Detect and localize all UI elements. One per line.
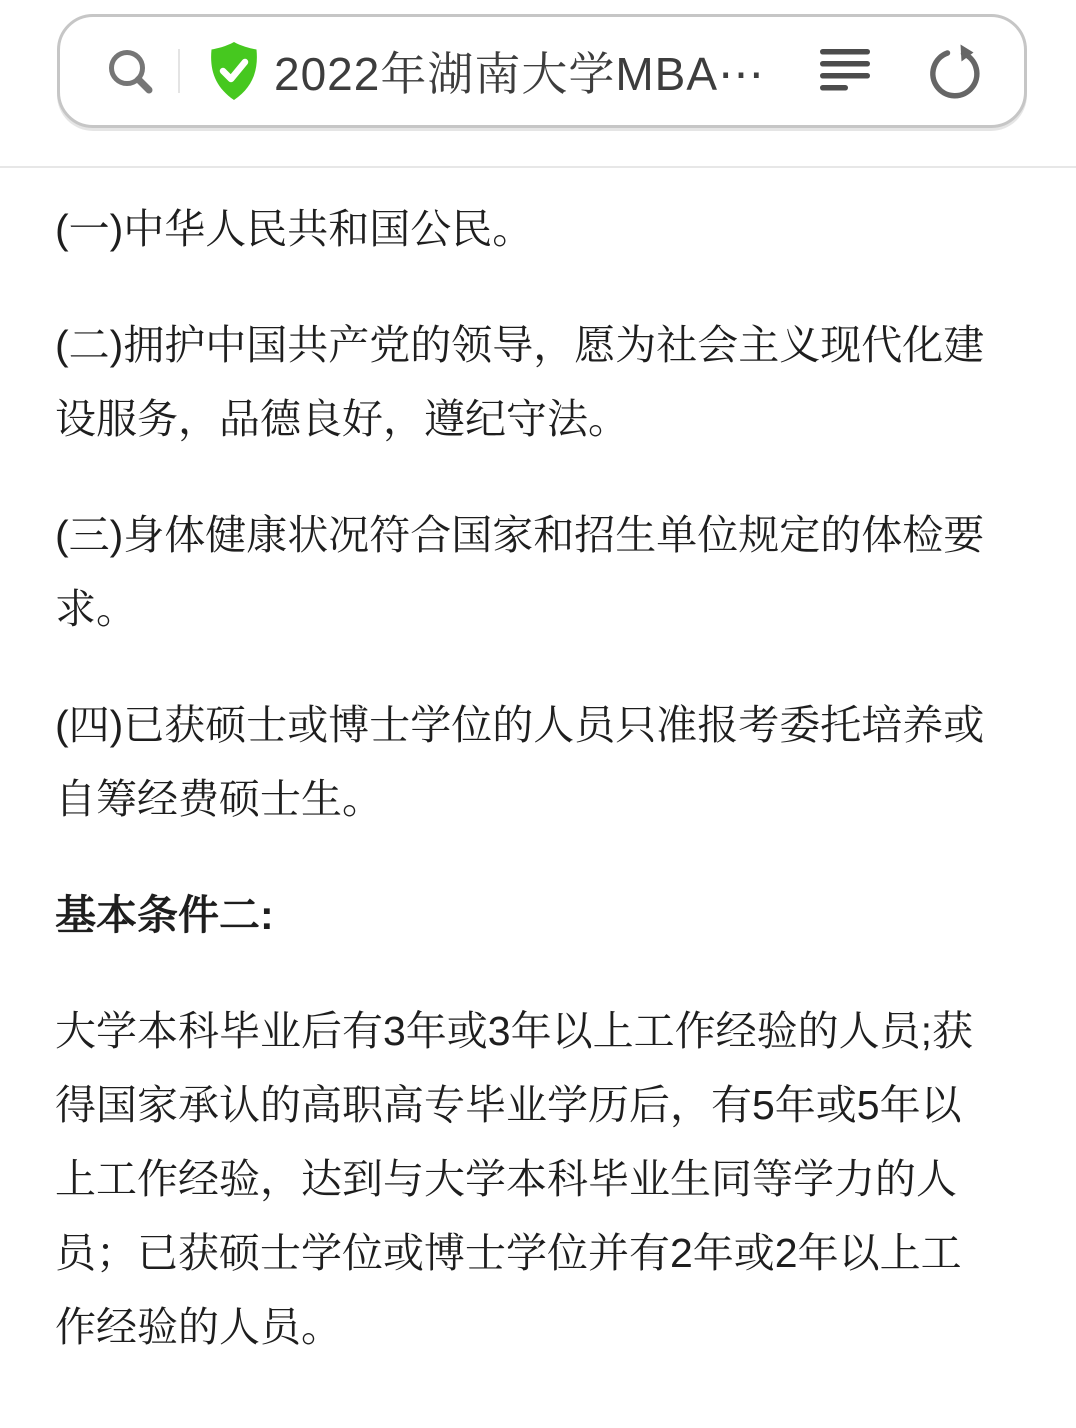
text-line: (三)身体健康状况符合国家和招生单位规定的体检要: [55, 498, 1032, 572]
paragraph-4: (四)已获硕士或博士学位的人员只准报考委托培养或 自筹经费硕士生。: [55, 688, 1032, 836]
text-line: (一)中华人民共和国公民。: [55, 192, 1032, 266]
text-line: 基本条件二:: [55, 878, 1032, 952]
reader-menu-icon[interactable]: [820, 48, 870, 94]
text-line: (二)拥护中国共产党的领导，愿为社会主义现代化建: [55, 308, 1032, 382]
paragraph-3: (三)身体健康状况符合国家和招生单位规定的体检要 求。: [55, 498, 1032, 646]
text-line: 员；已获硕士学位或博士学位并有2年或2年以上工: [55, 1216, 1032, 1290]
text-line: 上工作经验，达到与大学本科毕业生同等学力的人: [55, 1142, 1032, 1216]
browser-topbar: 2022年湖南大学MBA⋯: [0, 0, 1076, 168]
paragraph-1: (一)中华人民共和国公民。: [55, 192, 1032, 266]
refresh-icon[interactable]: [926, 42, 984, 100]
article-content: (一)中华人民共和国公民。 (二)拥护中国共产党的领导，愿为社会主义现代化建 设…: [0, 168, 1076, 1364]
text-line: 求。: [55, 572, 1032, 646]
text-line: 自筹经费硕士生。: [55, 762, 1032, 836]
text-line: 作经验的人员。: [55, 1290, 1032, 1364]
search-icon[interactable]: [104, 45, 156, 97]
paragraph-5: 大学本科毕业后有3年或3年以上工作经验的人员;获 得国家承认的高职高专毕业学历后…: [55, 994, 1032, 1364]
text-line: 设服务，品德良好，遵纪守法。: [55, 382, 1032, 456]
page-title[interactable]: 2022年湖南大学MBA⋯: [274, 38, 765, 104]
address-bar[interactable]: 2022年湖南大学MBA⋯: [57, 14, 1027, 128]
section-heading: 基本条件二:: [55, 878, 1032, 952]
paragraph-2: (二)拥护中国共产党的领导，愿为社会主义现代化建 设服务，品德良好，遵纪守法。: [55, 308, 1032, 456]
text-line: 得国家承认的高职高专毕业学历后，有5年或5年以: [55, 1068, 1032, 1142]
text-line: (四)已获硕士或博士学位的人员只准报考委托培养或: [55, 688, 1032, 762]
address-bar-separator: [178, 49, 180, 93]
security-shield-icon: [206, 40, 262, 102]
text-line: 大学本科毕业后有3年或3年以上工作经验的人员;获: [55, 994, 1032, 1068]
